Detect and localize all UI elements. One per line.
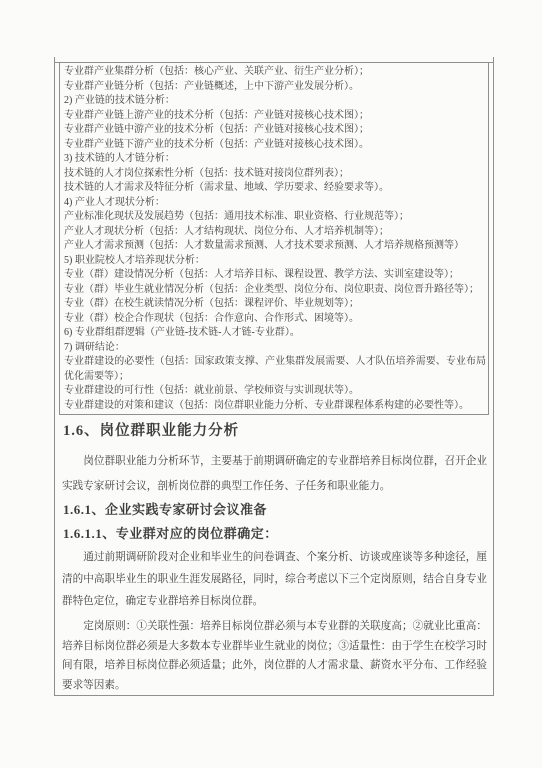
outline-line-2: 专业群产业链分析（包括：产业链概述，上中下游产业发展分析）。 xyxy=(64,80,486,95)
outline-line-6: 专业群产业链下游产业的技术分析（包括：产业链对接核心技术图）。 xyxy=(64,138,486,153)
outline-line-12: 产业人才现状分析（包括：人才结构现状、岗位分布、人才培养机制等）； xyxy=(64,225,486,240)
outline-line-21: 专业群建设的必要性（包括：国家政策支撑、产业集群发展需要、人才队伍培养需要、专业… xyxy=(64,355,486,384)
outline-line-10: 4) 产业人才现状分析： xyxy=(64,196,486,211)
outline-line-1: 专业群产业集群分析（包括：核心产业、关联产业、衍生产业分析）； xyxy=(64,65,486,80)
heading-1-6: 1.6、岗位群职业能力分析 xyxy=(63,422,487,440)
section-1-6-cell: 1.6、岗位群职业能力分析 岗位群职业能力分析环节，主要基于前期调研确定的专业群… xyxy=(55,415,493,695)
outline-line-18: 专业（群）校企合作现状（包括：合作意向、合作形式、困境等）。 xyxy=(64,312,486,327)
paragraph-1-6-intro: 岗位群职业能力分析环节，主要基于前期调研确定的专业群培养目标岗位群，召开企业实践… xyxy=(62,449,487,499)
outline-line-20: 7) 调研结论： xyxy=(64,341,486,356)
outline-line-16: 专业（群）毕业生就业情况分析（包括：企业类型、岗位分布、岗位职责、岗位晋升路径等… xyxy=(64,283,486,298)
outline-line-8: 技术链的人才岗位探索性分析（包括：技术链对接岗位群列表）； xyxy=(64,167,486,182)
outline-line-9: 技术链的人才需求及特征分析（需求量、地域、学历要求、经验要求等）。 xyxy=(64,181,486,196)
survey-outline-cell: 专业群产业集群分析（包括：核心产业、关联产业、衍生产业分析）；专业群产业链分析（… xyxy=(59,63,489,415)
outline-line-15: 专业（群）建设情况分析（包括：人才培养目标、课程设置、教学方法、实训室建设等）； xyxy=(64,268,486,283)
outline-line-4: 专业群产业链上游产业的技术分析（包括：产业链对接核心技术图）； xyxy=(64,109,486,124)
outline-line-13: 产业人才需求预测（包括：人才数量需求预测、人才技术要求预测、人才培养规格预测等） xyxy=(64,239,486,254)
survey-report-table: 专业群产业集群分析（包括：核心产业、关联产业、衍生产业分析）；专业群产业链分析（… xyxy=(54,62,494,696)
outline-line-3: 2) 产业链的技术链分析： xyxy=(64,94,486,109)
outline-line-23: 专业群建设的对策和建议（包括：岗位群职业能力分析、专业群课程体系构建的必要性等）… xyxy=(64,399,486,414)
outline-line-22: 专业群建设的可行性（包括：就业前景、学校师资与实训现状等）。 xyxy=(64,384,486,399)
outline-line-5: 专业群产业链中游产业的技术分析（包括：产业链对接核心技术图）； xyxy=(64,123,486,138)
outline-line-11: 产业标准化现状及发展趋势（包括：通用技术标准、职业资格、行业规范等）； xyxy=(64,210,486,225)
outline-line-17: 专业（群）在校生就读情况分析（包括：课程评价、毕业规划等）； xyxy=(64,297,486,312)
heading-1-6-1: 1.6.1、企业实践专家研讨会议准备 xyxy=(63,501,487,518)
paragraph-position-determination: 通过前期调研阶段对企业和毕业生的问卷调查、个案分析、访谈或座谈等多种途径，厘清的… xyxy=(62,547,487,613)
paragraph-positioning-principles: 定岗原则：①关联性强：培养目标岗位群必须与本专业群的关联度高；②就业比重高：培养… xyxy=(62,617,487,695)
outline-line-19: 6) 专业群组群逻辑（产业链-技术链-人才链-专业群）。 xyxy=(64,326,486,341)
outline-line-14: 5) 职业院校人才培养现状分析： xyxy=(64,254,486,269)
outline-line-7: 3) 技术链的人才链分析： xyxy=(64,152,486,167)
heading-1-6-1-1: 1.6.1.1、专业群对应的岗位群确定： xyxy=(63,525,487,542)
